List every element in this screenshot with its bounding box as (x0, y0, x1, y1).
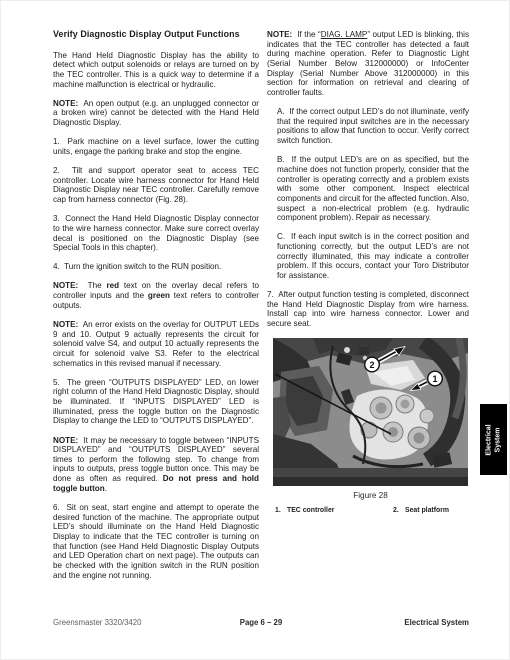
step-1: 1. Park machine on a level surface, lowe… (53, 137, 259, 156)
intro-paragraph: The Hand Held Diagnostic Display has the… (53, 51, 259, 90)
chapter-tab-electrical-system: Electrical System (480, 404, 507, 475)
sub-step-b: B. If the output LED’s are on as specifi… (267, 155, 469, 223)
right-column: NOTE: If the “DIAG. LAMP” output LED is … (267, 30, 469, 516)
step-2: 2. Tilt and support operator seat to acc… (53, 166, 259, 205)
step-6: 6. Sit on seat, start engine and attempt… (53, 503, 259, 580)
svg-text:1: 1 (432, 374, 437, 384)
note-red-green: NOTE: The red text on the overlay decal … (53, 281, 259, 310)
legend-item-tec-controller: 1. TEC controller (275, 506, 393, 516)
chapter-tab-label: Electrical System (480, 404, 507, 475)
figure-legend: 1. TEC controller 2. Seat platform (273, 506, 468, 516)
note-toggle: NOTE: It may be necessary to toggle betw… (53, 436, 259, 494)
note-open-output: NOTE: An open output (e.g. an unplugged … (53, 99, 259, 128)
figure-28-photo: 2 1 (273, 338, 468, 486)
footer-chapter: Electrical System (404, 618, 469, 627)
legend-item-seat-platform: 2. Seat platform (393, 506, 449, 516)
note-overlay-error: NOTE: An error exists on the overlay for… (53, 320, 259, 368)
step-7: 7. After output function testing is comp… (267, 290, 469, 329)
note-diag-lamp: NOTE: If the “DIAG. LAMP” output LED is … (267, 30, 469, 98)
left-column: Verify Diagnostic Display Output Functio… (53, 30, 259, 590)
callout-2-marker: 2 (365, 357, 380, 372)
sub-step-c: C. If each input switch is in the correc… (267, 232, 469, 280)
figure-caption: Figure 28 (273, 491, 468, 501)
manual-page: Verify Diagnostic Display Output Functio… (0, 0, 510, 660)
figure-28: 2 1 Figure 28 1. TEC controller 2. Seat … (273, 338, 468, 515)
step-4: 4. Turn the ignition switch to the RUN p… (53, 262, 259, 272)
svg-text:2: 2 (369, 360, 374, 370)
step-5: 5. The green “OUTPUTS DISPLAYED” LED, on… (53, 378, 259, 426)
page-footer: Greensmaster 3320/3420 Page 6 – 29 Elect… (53, 618, 469, 630)
section-heading: Verify Diagnostic Display Output Functio… (53, 30, 259, 40)
step-3: 3. Connect the Hand Held Diagnostic Disp… (53, 214, 259, 253)
callout-1-marker: 1 (428, 371, 443, 386)
sub-step-a: A. If the correct output LED’s do not il… (267, 107, 469, 146)
